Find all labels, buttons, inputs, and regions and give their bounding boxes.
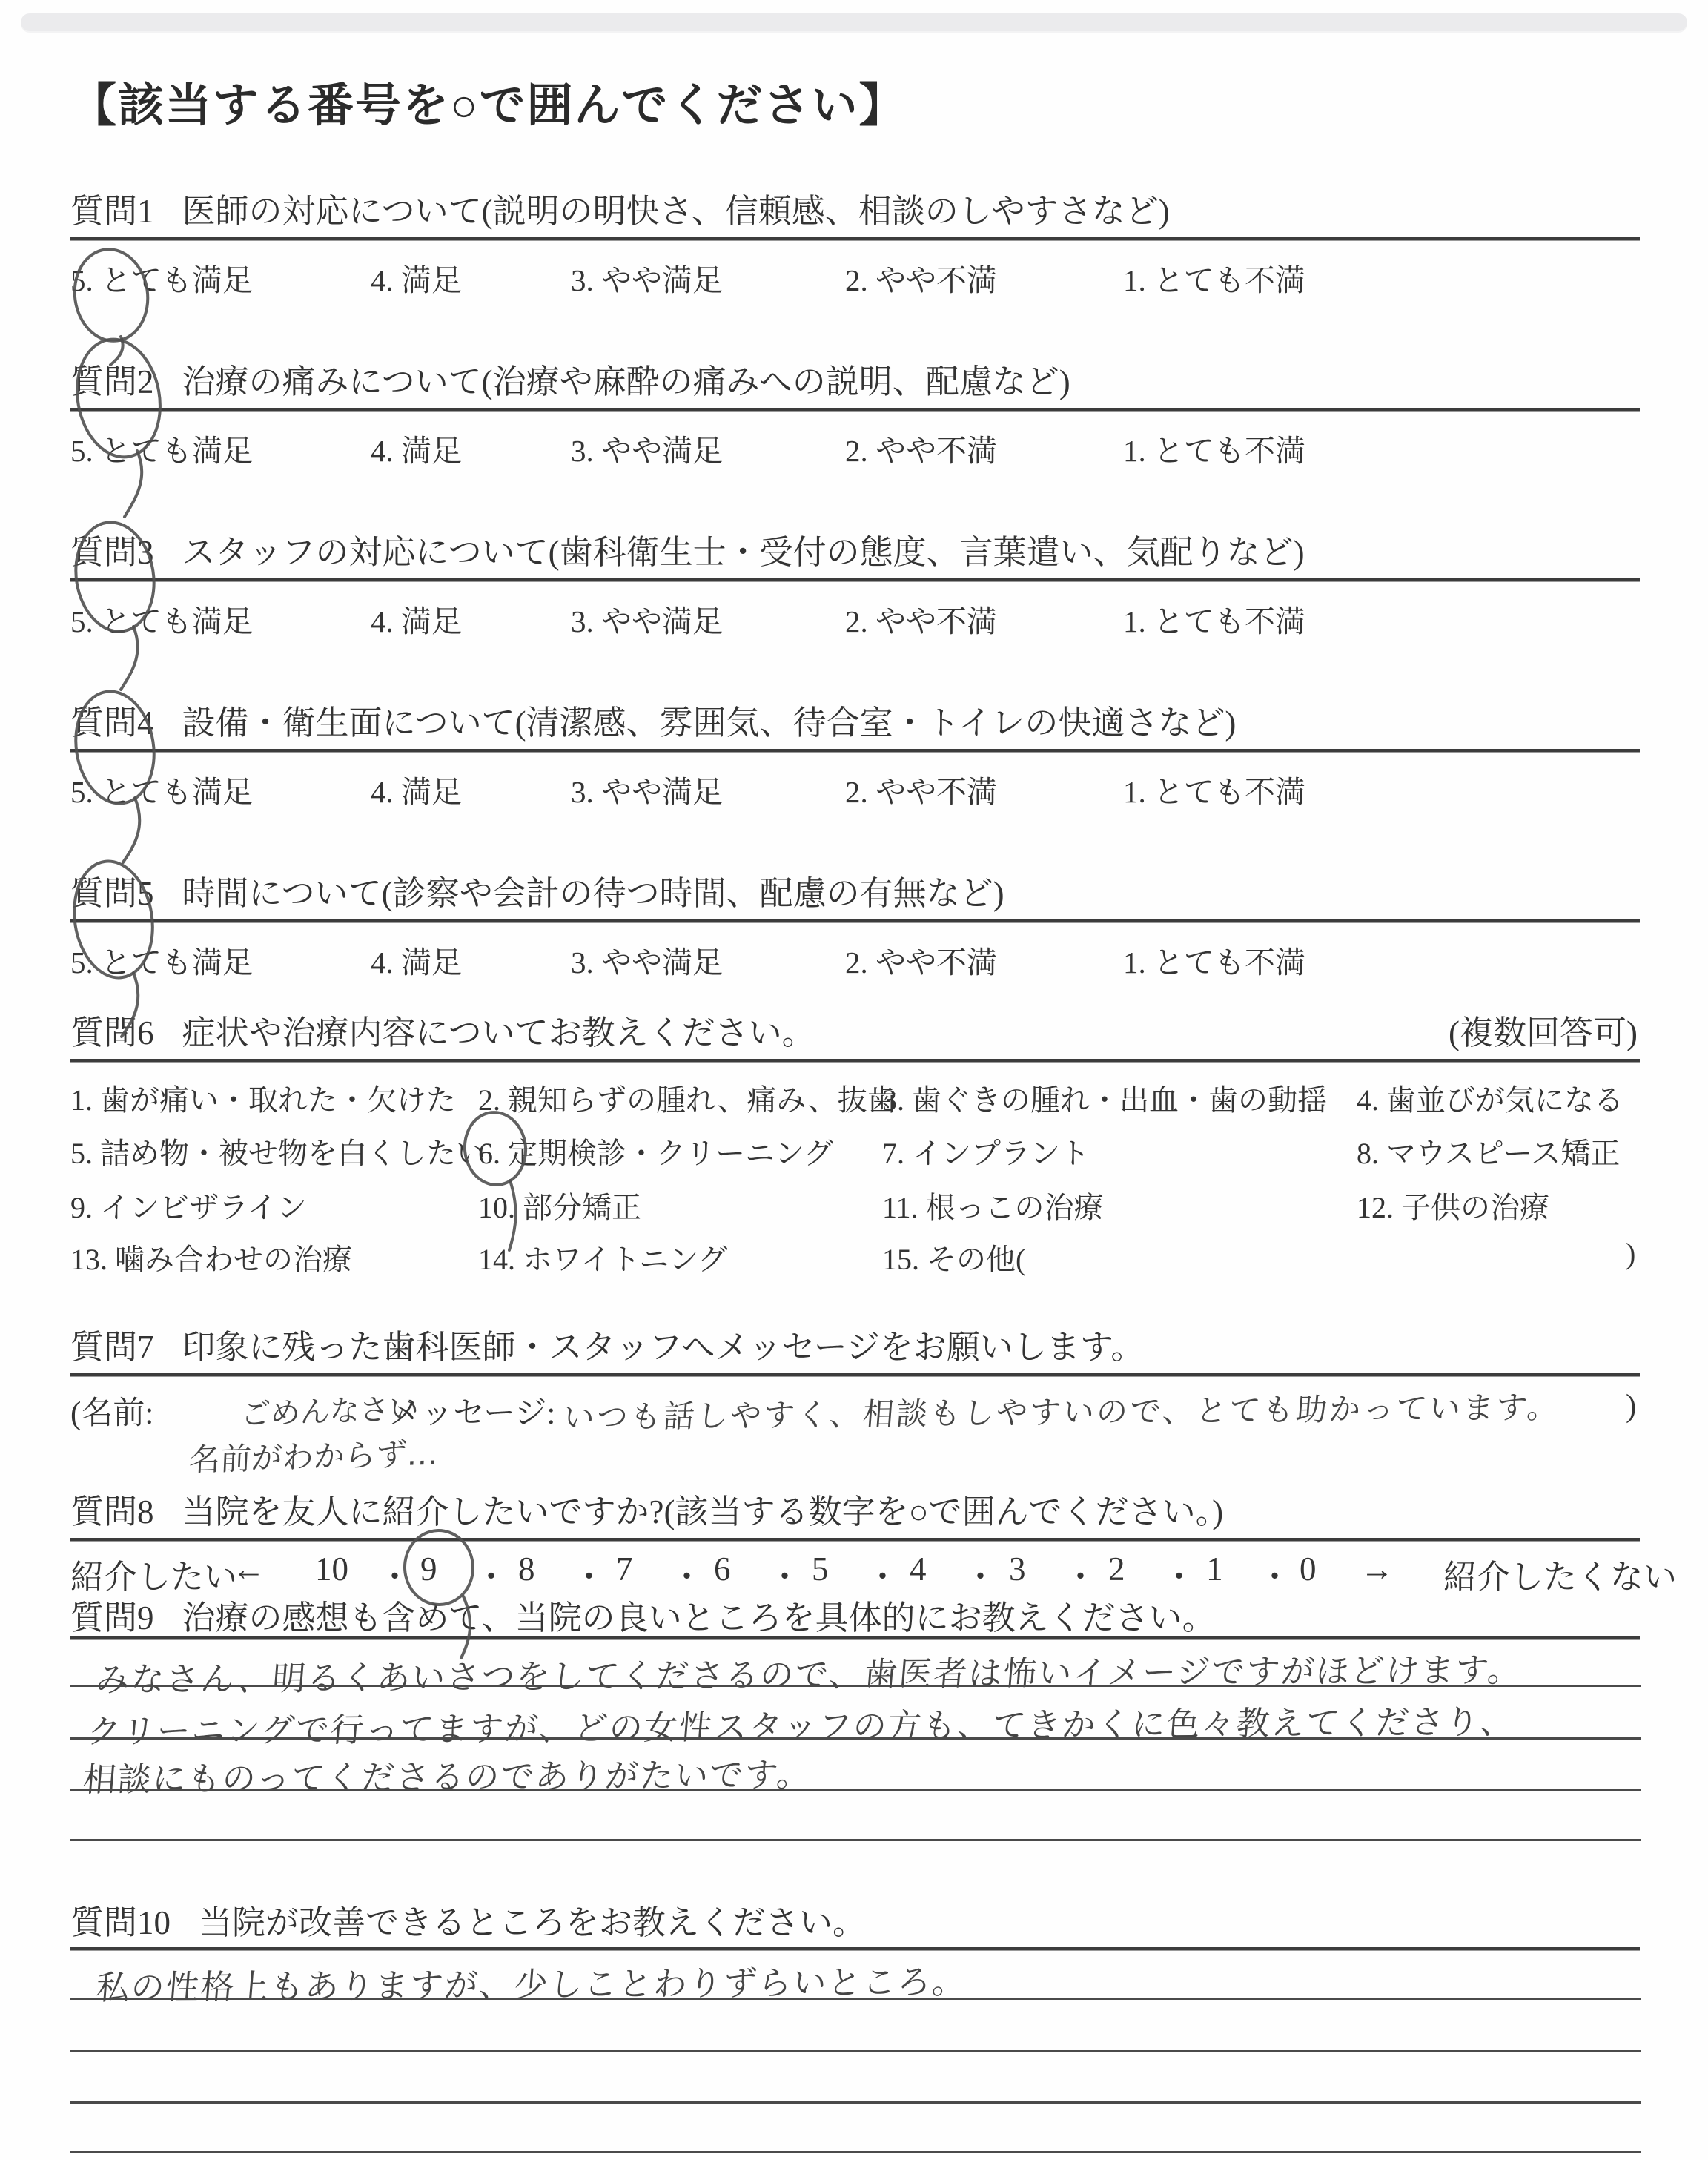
question-5-label: 質問5: [70, 875, 154, 912]
q8-dot: ・: [1258, 1550, 1291, 1598]
q6-item-8: 8. マウスピース矯正: [1357, 1130, 1620, 1172]
q9-answer-line-1: [70, 1685, 1641, 1687]
scan-artifact-band: [21, 13, 1687, 31]
q6-item-14: 14. ホワイトニング: [478, 1236, 727, 1278]
question-9-rule: [70, 1636, 1640, 1640]
question-3-label: 質問3: [70, 534, 154, 571]
question-3-options: 5. とても満足 4. 満足 3. やや満足 2. やや不満 1. とても不満: [70, 597, 1640, 635]
q9-handwritten-line-2: クリーニングで行ってますが、どの女性スタッフの方も、てきかくに色々教えてくださり…: [85, 1694, 1517, 1752]
q1-option-4: 4. 満足: [371, 256, 462, 300]
q3-option-5: 5. とても満足: [70, 597, 253, 641]
q5-option-1: 1. とても不満: [1123, 938, 1305, 982]
q2-option-4: 4. 満足: [371, 426, 462, 470]
q8-scale-8: 8: [518, 1550, 535, 1588]
q3-option-4: 4. 満足: [371, 597, 462, 641]
q8-scale-2: 2: [1108, 1550, 1125, 1588]
q6-item-4: 4. 歯並びが気になる: [1357, 1077, 1623, 1119]
q5-option-3: 3. やや満足: [571, 938, 723, 982]
question-1-rule: [70, 237, 1640, 241]
q9-answer-line-4: [70, 1839, 1641, 1841]
q6-item-3: 3. 歯ぐきの腫れ・出血・歯の動揺: [882, 1077, 1327, 1119]
q7-handwritten-message: いつも話しやすく、相談もしやすいので、とても助かっています。: [562, 1383, 1563, 1438]
q6-item-1: 1. 歯が痛い・取れた・欠けた: [70, 1077, 456, 1119]
question-9-heading: 質問9治療の感想も含めて、当院の良いところを具体的にお教えください。: [70, 1591, 1216, 1639]
q6-item-15: 15. その他(: [882, 1236, 1025, 1278]
question-7-label: 質問7: [70, 1329, 154, 1366]
question-7-heading: 質問7印象に残った歯科医師・スタッフへメッセージをお願いします。: [70, 1320, 1144, 1368]
q6-row-4: 13. 噛み合わせの治療 14. ホワイトニング 15. その他( ): [70, 1236, 1640, 1275]
q7-message-label: メッセージ:: [389, 1388, 555, 1433]
question-4-label: 質問4: [70, 704, 154, 742]
q4-option-1: 1. とても不満: [1123, 767, 1305, 811]
q8-scale-0: 0: [1300, 1550, 1317, 1588]
q9-handwritten-line-3: 相談にものってくださるのでありがたいです。: [81, 1748, 813, 1801]
q10-answer-line-3: [70, 2101, 1641, 2104]
question-7-rule: [70, 1373, 1640, 1377]
q10-answer-line-1: [70, 1998, 1641, 2000]
question-4-options: 5. とても満足 4. 満足 3. やや満足 2. やや不満 1. とても不満: [70, 767, 1640, 806]
question-2-options: 5. とても満足 4. 満足 3. やや満足 2. やや不満 1. とても不満: [70, 426, 1640, 465]
q8-scale-7: 7: [616, 1550, 633, 1588]
question-5-options: 5. とても満足 4. 満足 3. やや満足 2. やや不満 1. とても不満: [70, 938, 1640, 977]
q6-item-9: 9. インビザライン: [70, 1184, 307, 1226]
q1-option-5: 5. とても満足: [70, 256, 253, 300]
q6-other-close-paren: ): [1626, 1236, 1635, 1271]
q6-item-11: 11. 根っこの治療: [882, 1184, 1104, 1226]
question-3-text: スタッフの対応について(歯科衛生士・受付の態度、言葉遣い、気配りなど): [182, 534, 1305, 571]
q5-option-4: 4. 満足: [371, 938, 462, 982]
q8-scale-6: 6: [714, 1550, 731, 1588]
q7-name-label: (名前:: [70, 1388, 153, 1433]
q10-answer-line-4: [70, 2151, 1641, 2153]
question-8-rule: [70, 1538, 1640, 1542]
question-5-rule: [70, 919, 1640, 923]
question-1-options: 5. とても満足 4. 満足 3. やや満足 2. やや不満 1. とても不満: [70, 256, 1640, 294]
question-2-text: 治療の痛みについて(治療や麻酔の痛みへの説明、配慮など): [182, 363, 1070, 400]
question-8-heading: 質問8当院を友人に紹介したいですか?(該当する数字を○で囲んでください。): [70, 1484, 1223, 1533]
question-1-heading: 質問1医師の対応について(説明の明快さ、信頼感、相談のしやすさなど): [70, 184, 1170, 232]
q1-option-1: 1. とても不満: [1123, 256, 1305, 300]
q7-handwritten-note: 名前がわからず…: [188, 1430, 440, 1481]
page-title: 【該当する番号を○で囲んでください】: [70, 68, 906, 134]
question-4-rule: [70, 749, 1640, 753]
q7-close-paren: ): [1626, 1388, 1636, 1424]
q5-option-2: 2. やや不満: [845, 938, 997, 982]
q2-option-5: 5. とても満足: [70, 426, 253, 470]
q8-arrow-left-icon: ←: [232, 1550, 265, 1588]
q8-scale-row: 紹介したい ← 10 ・ 9 ・ 8 ・ 7 ・ 6 ・ 5 ・ 4 ・ 3 ・…: [70, 1550, 1640, 1594]
q8-scale-4: 4: [910, 1550, 927, 1588]
q9-answer-line-2: [70, 1737, 1641, 1740]
q3-option-2: 2. やや不満: [845, 597, 997, 641]
q4-option-5: 5. とても満足: [70, 767, 253, 811]
question-5-text: 時間について(診察や会計の待つ時間、配慮の有無など): [182, 875, 1004, 912]
q2-option-2: 2. やや不満: [845, 426, 997, 470]
question-9-label: 質問9: [70, 1599, 154, 1636]
question-2-rule: [70, 408, 1640, 412]
question-1-label: 質問1: [70, 193, 154, 230]
q6-row-1: 1. 歯が痛い・取れた・欠けた 2. 親知らずの腫れ、痛み、抜歯 3. 歯ぐきの…: [70, 1077, 1640, 1115]
q4-option-4: 4. 満足: [371, 767, 462, 811]
question-1-text: 医師の対応について(説明の明快さ、信頼感、相談のしやすさなど): [182, 193, 1170, 230]
question-10-label: 質問10: [70, 1904, 171, 1941]
q6-row-2: 5. 詰め物・被せ物を白くしたい 6. 定期検診・クリーニング 7. インプラン…: [70, 1130, 1640, 1169]
question-6-heading: 質問6症状や治療内容についてお教えください。: [70, 1005, 815, 1054]
q1-option-2: 2. やや不満: [845, 256, 997, 300]
question-2-label: 質問2: [70, 363, 154, 400]
q6-item-7: 7. インプラント: [882, 1130, 1090, 1172]
q6-item-6: 6. 定期検診・クリーニング: [478, 1130, 833, 1172]
q10-answer-line-2: [70, 2050, 1641, 2052]
q8-right-label: 紹介したくない: [1443, 1550, 1677, 1598]
question-4-text: 設備・衛生面について(清潔感、雰囲気、待合室・トイレの快適さなど): [182, 704, 1237, 742]
q6-item-5: 5. 詰め物・被せ物を白くしたい: [70, 1130, 486, 1172]
question-10-rule: [70, 1947, 1640, 1951]
q6-item-12: 12. 子供の治療: [1357, 1184, 1549, 1226]
question-10-text: 当院が改善できるところをお教えください。: [199, 1904, 866, 1941]
question-6-label: 質問6: [70, 1014, 154, 1051]
q2-option-1: 1. とても不満: [1123, 426, 1305, 470]
question-8-text: 当院を友人に紹介したいですか?(該当する数字を○で囲んでください。): [182, 1493, 1224, 1530]
q8-scale-5: 5: [812, 1550, 829, 1588]
question-8-label: 質問8: [70, 1493, 154, 1530]
q8-scale-3: 3: [1009, 1550, 1026, 1588]
q4-option-3: 3. やや満足: [571, 767, 723, 811]
question-7-text: 印象に残った歯科医師・スタッフへメッセージをお願いします。: [182, 1329, 1145, 1366]
q9-answer-line-3: [70, 1789, 1641, 1791]
scanned-survey-page: 【該当する番号を○で囲んでください】 質問1医師の対応について(説明の明快さ、信…: [0, 0, 1708, 2160]
q8-scale-1: 1: [1206, 1550, 1223, 1588]
q6-item-13: 13. 噛み合わせの治療: [70, 1236, 352, 1278]
q8-arrow-right-icon: →: [1360, 1550, 1394, 1588]
question-3-heading: 質問3スタッフの対応について(歯科衛生士・受付の態度、言葉遣い、気配りなど): [70, 525, 1305, 573]
question-6-rule: [70, 1059, 1640, 1063]
question-4-heading: 質問4設備・衛生面について(清潔感、雰囲気、待合室・トイレの快適さなど): [70, 696, 1236, 744]
q9-handwritten-line-1: みなさん、明るくあいさつをしてくださるので、歯医者は怖いイメージですがほどけます…: [94, 1642, 1524, 1700]
q5-option-5: 5. とても満足: [70, 938, 253, 982]
question-5-heading: 質問5時間について(診察や会計の待つ時間、配慮の有無など): [70, 866, 1004, 914]
q3-option-1: 1. とても不満: [1123, 597, 1305, 641]
q6-item-2: 2. 親知らずの腫れ、痛み、抜歯: [478, 1077, 897, 1119]
q1-option-3: 3. やや満足: [571, 256, 723, 300]
q6-row-3: 9. インビザライン 10. 部分矯正 11. 根っこの治療 12. 子供の治療: [70, 1184, 1640, 1223]
q10-handwritten-line: 私の性格上もありますが、少しことわりずらいところ。: [94, 1955, 969, 2009]
q3-option-3: 3. やや満足: [571, 597, 723, 641]
question-9-text: 治療の感想も含めて、当院の良いところを具体的にお教えください。: [182, 1599, 1216, 1636]
q8-scale-9: 9: [420, 1550, 437, 1588]
question-6-text: 症状や治療内容についてお教えください。: [182, 1014, 815, 1051]
q6-item-10: 10. 部分矯正: [478, 1184, 641, 1226]
q8-scale-10: 10: [315, 1550, 348, 1588]
question-10-heading: 質問10当院が改善できるところをお教えください。: [70, 1895, 866, 1943]
q4-option-2: 2. やや不満: [845, 767, 997, 811]
question-2-heading: 質問2治療の痛みについて(治療や麻酔の痛みへの説明、配慮など): [70, 354, 1070, 403]
q2-option-3: 3. やや満足: [571, 426, 723, 470]
question-3-rule: [70, 578, 1640, 582]
question-6-note: (複数回答可): [1449, 1005, 1638, 1054]
